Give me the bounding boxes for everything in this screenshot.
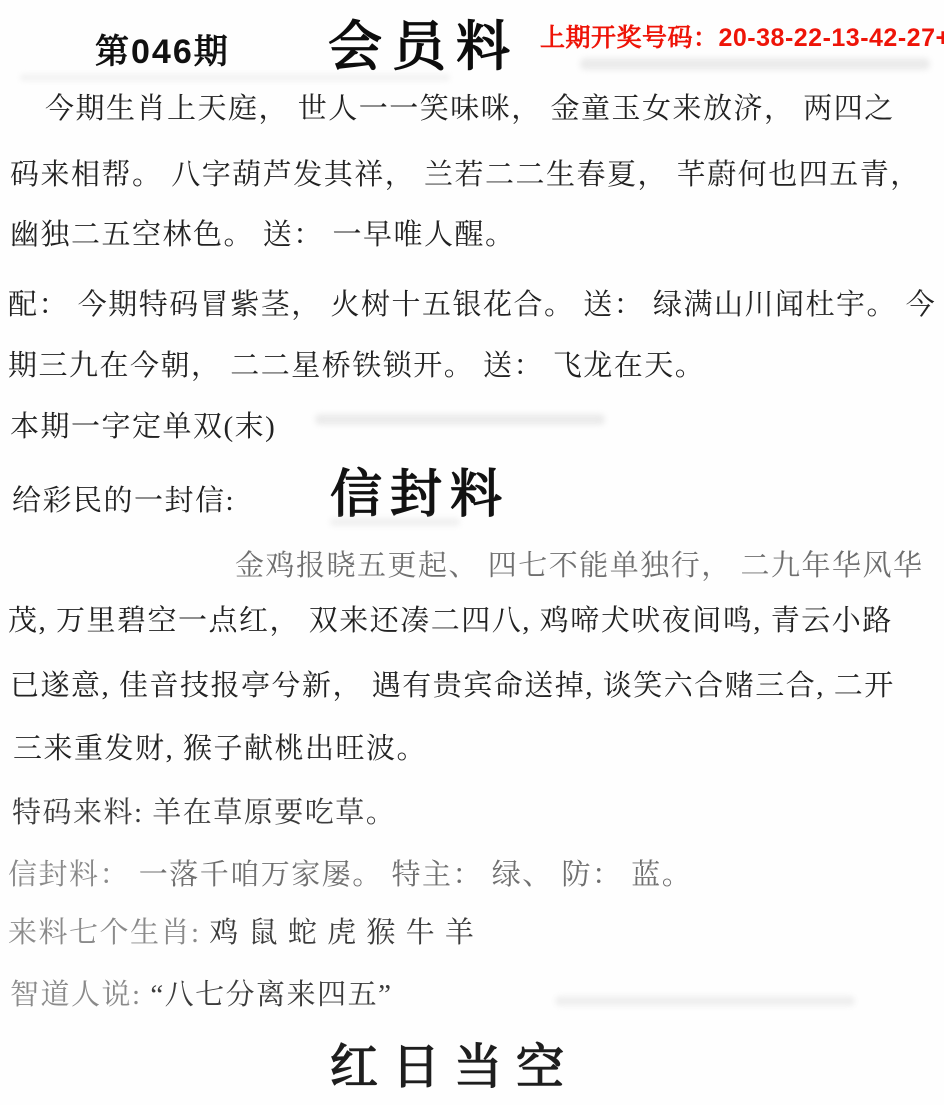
letter-heading: 信封料 xyxy=(330,452,510,527)
saying-label: 智道人说: xyxy=(10,979,142,1011)
smudge-artifact xyxy=(555,996,855,1006)
tip-sheet: 第046期 会员料 上期开奖号码：20-38-22-13-42-27+01 今期… xyxy=(0,0,944,1105)
issue-number: 第046期 xyxy=(95,24,230,73)
envelope-tip-label: 信封料： xyxy=(8,859,130,891)
saying-quote: “八七分离来四五” xyxy=(142,979,393,1011)
zodiac-tip-label: 来料七个生肖: xyxy=(8,917,201,949)
letter-line3: 已遂意, 佳音技报亭兮新， 遇有贵宾命送掉, 谈笑六合赌三合, 二开 xyxy=(10,663,895,704)
single-double-line: 本期一字定单双(末) xyxy=(10,404,276,445)
smudge-artifact xyxy=(580,58,930,70)
letter-line4: 三来重发财, 猴子献桃出旺波。 xyxy=(13,726,427,767)
verse2-line1: 配： 今期特码冒紫茎， 火树十五银花合。 送： 绿满山川闻杜宇。 今 xyxy=(8,282,936,323)
letter-intro: 给彩民的一封信: xyxy=(12,478,235,519)
verse1-line3: 幽独二五空林色。 送： 一早唯人醒。 xyxy=(10,212,516,253)
verse1-line1: 今期生肖上天庭， 世人一一笑味咪， 金童玉女来放济， 两四之 xyxy=(45,86,895,127)
smudge-artifact xyxy=(330,518,460,526)
verse1-line2: 码来相帮。 八字葫芦发其祥， 兰若二二生春夏， 芊蔚何也四五青， xyxy=(10,152,921,193)
envelope-tip-text: 一落千咱万家屡。 特主： 绿、 防： 蓝。 xyxy=(130,859,692,891)
page-title: 会员料 xyxy=(328,4,520,81)
special-tip-line: 特码来料: 羊在草原要吃草。 xyxy=(12,790,396,831)
letter-line1: 金鸡报晓五更起、 四七不能单独行， 二九年华风华 xyxy=(235,543,924,584)
smudge-artifact xyxy=(315,414,605,425)
last-draw-numbers: 上期开奖号码：20-38-22-13-42-27+01 xyxy=(540,18,944,54)
zodiac-tip-line: 来料七个生肖: 鸡 鼠 蛇 虎 猴 牛 羊 xyxy=(8,910,475,951)
saying-line: 智道人说: “八七分离来四五” xyxy=(10,972,393,1013)
envelope-tip-line: 信封料： 一落千咱万家屡。 特主： 绿、 防： 蓝。 xyxy=(8,852,692,893)
zodiac-animals: 鸡 鼠 蛇 虎 猴 牛 羊 xyxy=(201,917,476,949)
letter-line2: 茂, 万里碧空一点红， 双来还凑二四八, 鸡啼犬吠夜间鸣, 青云小路 xyxy=(8,598,893,639)
smudge-artifact xyxy=(20,74,450,81)
footer-slogan: 红日当空 xyxy=(330,1028,578,1097)
verse2-line2: 期三九在今朝， 二二星桥铁锁开。 送： 飞龙在天。 xyxy=(8,343,705,384)
